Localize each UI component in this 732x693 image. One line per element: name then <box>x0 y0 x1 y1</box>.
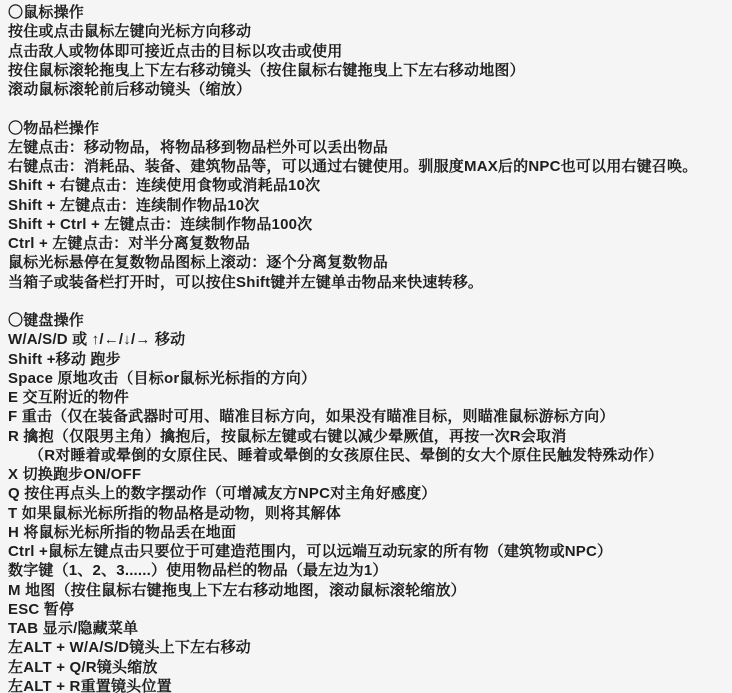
text-line: X 切换跑步ON/OFF <box>8 465 730 484</box>
section-heading-keyboard: 〇键盘操作 <box>8 311 730 330</box>
text-line: H 将鼠标光标所指的物品丢在地面 <box>8 523 730 542</box>
text-line: W/A/S/D 或 ↑/←/↓/→ 移动 <box>8 330 730 349</box>
text-line: T 如果鼠标光标所指的物品格是动物，则将其解体 <box>8 504 730 523</box>
text-line: 左ALT + Q/R镜头缩放 <box>8 658 730 677</box>
text-line: 按住或点击鼠标左键向光标方向移动 <box>8 22 730 41</box>
text-line: F 重击（仅在装备武器时可用、瞄准目标方向，如果没有瞄准目标，则瞄准鼠标游标方向… <box>8 407 730 426</box>
text-line: 左键点击：移动物品，将物品移到物品栏外可以丢出物品 <box>8 138 730 157</box>
text-line: ESC 暂停 <box>8 600 730 619</box>
text-line: M 地图（按住鼠标右键拖曳上下左右移动地图，滚动鼠标滚轮缩放） <box>8 581 730 600</box>
text-line: 右键点击：消耗品、装备、建筑物品等，可以通过右键使用。驯服度MAX后的NPC也可… <box>8 157 730 176</box>
text-line: Ctrl + 左键点击：对半分离复数物品 <box>8 234 730 253</box>
text-line: 滚动鼠标滚轮前后移动镜头（缩放） <box>8 80 730 99</box>
text-line: Shift + Ctrl + 左键点击：连续制作物品100次 <box>8 215 730 234</box>
text-line: Ctrl +鼠标左键点击只要位于可建造范围内，可以远端互动玩家的所有物（建筑物或… <box>8 542 730 561</box>
text-line: TAB 显示/隐藏菜单 <box>8 619 730 638</box>
section-gap <box>8 99 730 118</box>
text-line: E 交互附近的物件 <box>8 388 730 407</box>
text-line: 数字键（1、2、3......）使用物品栏的物品（最左边为1） <box>8 561 730 580</box>
section-heading-mouse: 〇鼠标操作 <box>8 3 730 22</box>
text-line: Q 按住再点头上的数字摆动作（可增减友方NPC对主角好感度） <box>8 484 730 503</box>
text-line: 左ALT + R重置镜头位置 <box>8 677 730 693</box>
text-line: 鼠标光标悬停在复数物品图标上滚动：逐个分离复数物品 <box>8 253 730 272</box>
text-line: R 擒抱（仅限男主角）擒抱后，按鼠标左键或右键以减少晕厥值，再按一次R会取消 <box>8 427 730 446</box>
text-line: Shift + 左键点击：连续制作物品10次 <box>8 196 730 215</box>
text-line: 当箱子或装备栏打开时，可以按住Shift键并左键单击物品来快速转移。 <box>8 273 730 292</box>
section-gap <box>8 292 730 311</box>
text-line-note: （R对睡着或晕倒的女原住民、睡着或晕倒的女孩原住民、晕倒的女大个原住民触发特殊动… <box>8 446 730 465</box>
text-line: Space 原地攻击（目标or鼠标光标指的方向） <box>8 369 730 388</box>
text-line: Shift + 右键点击：连续使用食物或消耗品10次 <box>8 176 730 195</box>
text-line: Shift +移动 跑步 <box>8 350 730 369</box>
text-line: 点击敌人或物体即可接近点击的目标以攻击或使用 <box>8 42 730 61</box>
section-heading-itembar: 〇物品栏操作 <box>8 119 730 138</box>
help-text-document: 〇鼠标操作 按住或点击鼠标左键向光标方向移动 点击敌人或物体即可接近点击的目标以… <box>0 0 732 693</box>
text-line: 左ALT + W/A/S/D镜头上下左右移动 <box>8 638 730 657</box>
text-line: 按住鼠标滚轮拖曳上下左右移动镜头（按住鼠标右键拖曳上下左右移动地图） <box>8 61 730 80</box>
